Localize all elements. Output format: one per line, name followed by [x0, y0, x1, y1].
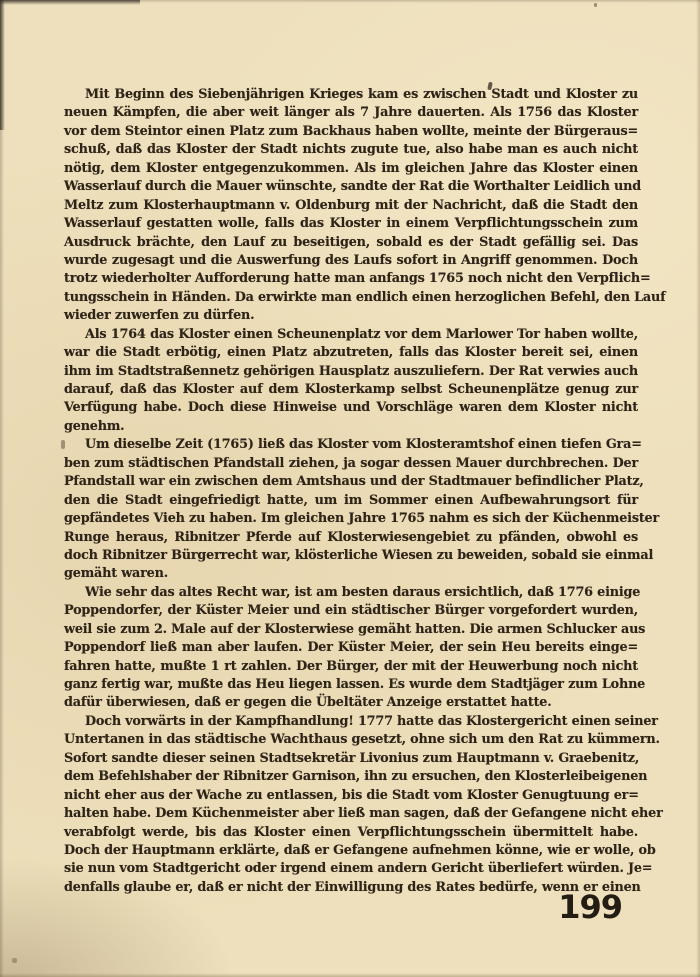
text-line: schuß, daß das Kloster der Stadt nichts …	[64, 141, 638, 159]
text-line: verabfolgt werde, bis das Kloster einen …	[64, 824, 638, 842]
text-line: Um dieselbe Zeit (1765) ließ das Kloster…	[64, 436, 638, 454]
text-line: Runge heraus, Ribnitzer Pferde auf Klost…	[64, 529, 638, 547]
book-page-scan: Mit Beginn des Siebenjährigen Krieges ka…	[0, 0, 700, 977]
text-line: darauf, daß das Kloster auf dem Klosterk…	[64, 381, 638, 399]
text-line: den die Stadt eingefriedigt hatte, um im…	[64, 492, 638, 510]
text-line: nicht eher aus der Wache zu entlassen, b…	[64, 787, 638, 805]
text-line: sie nun vom Stadtgericht oder irgend ein…	[64, 860, 638, 878]
text-line: wurde zugesagt und die Auswerfung des La…	[64, 252, 638, 270]
text-line: dem Befehlshaber der Ribnitzer Garnison,…	[64, 768, 638, 786]
text-line: Doch vorwärts in der Kampfhandlung! 1777…	[64, 713, 638, 731]
text-line: Doch der Hauptmann erklärte, daß er Gefa…	[64, 842, 638, 860]
text-line: doch Ribnitzer Bürgerrecht war, klösterl…	[64, 547, 638, 565]
text-line: gepfändetes Vieh zu haben. Im gleichen J…	[64, 510, 638, 528]
text-line: Wasserlauf gestatten wolle, falls das Kl…	[64, 215, 638, 233]
text-line: tungsschein in Händen. Da erwirkte man e…	[64, 289, 638, 307]
text-line: dafür überwiesen, daß er gegen die Übelt…	[64, 694, 638, 712]
text-line: nötig, dem Kloster entgegenzukommen. Als…	[64, 160, 638, 178]
text-line: Pfandstall war ein zwischen dem Amtshaus…	[64, 473, 638, 491]
text-line: war die Stadt erbötig, einen Platz abzut…	[64, 344, 638, 362]
text-line: ben zum städtischen Pfandstall ziehen, j…	[64, 455, 638, 473]
text-line: Ausdruck brächte, den Lauf zu beseitigen…	[64, 234, 638, 252]
text-line: Wasserlauf durch die Mauer wünschte, san…	[64, 178, 638, 196]
scan-speck	[594, 3, 597, 7]
text-line: ganz fertig war, mußte das Heu liegen la…	[64, 676, 638, 694]
text-line: fahren hatte, mußte 1 rt zahlen. Der Bür…	[64, 658, 638, 676]
text-line: Poppendorf ließ man aber laufen. Der Küs…	[64, 639, 638, 657]
text-line: Als 1764 das Kloster einen Scheunenplatz…	[64, 326, 638, 344]
text-line: gemäht waren.	[64, 565, 638, 583]
text-line: Meltz zum Klosterhauptmann v. Oldenburg …	[64, 197, 638, 215]
text-line: wieder zuwerfen zu dürfen.	[64, 307, 638, 325]
text-line: vor dem Steintor einen Platz zum Backhau…	[64, 123, 638, 141]
text-line: Verfügung habe. Doch diese Hinweise und …	[64, 399, 638, 417]
text-line: ihm im Stadtstraßennetz gehörigen Hauspl…	[64, 363, 638, 381]
text-line: Untertanen in das städtische Wachthaus g…	[64, 731, 638, 749]
text-line: neuen Kämpfen, die aber weit länger als …	[64, 104, 638, 122]
text-line: Poppendorfer, der Küster Meier und ein s…	[64, 602, 638, 620]
text-line: Wie sehr das altes Recht war, ist am bes…	[64, 584, 638, 602]
text-line: weil sie zum 2. Male auf der Klosterwies…	[64, 621, 638, 639]
text-line: halten habe. Dem Küchenmeister aber ließ…	[64, 805, 638, 823]
page-number: 199	[540, 891, 622, 923]
text-line: trotz wiederholter Aufforderung hatte ma…	[64, 270, 638, 288]
text-line: Mit Beginn des Siebenjährigen Krieges ka…	[64, 86, 638, 104]
text-line: Sofort sandte dieser seinen Stadtsekretä…	[64, 750, 638, 768]
scan-speck	[12, 958, 17, 963]
text-block: Mit Beginn des Siebenjährigen Krieges ka…	[64, 86, 638, 897]
text-line: genehm.	[64, 418, 638, 436]
